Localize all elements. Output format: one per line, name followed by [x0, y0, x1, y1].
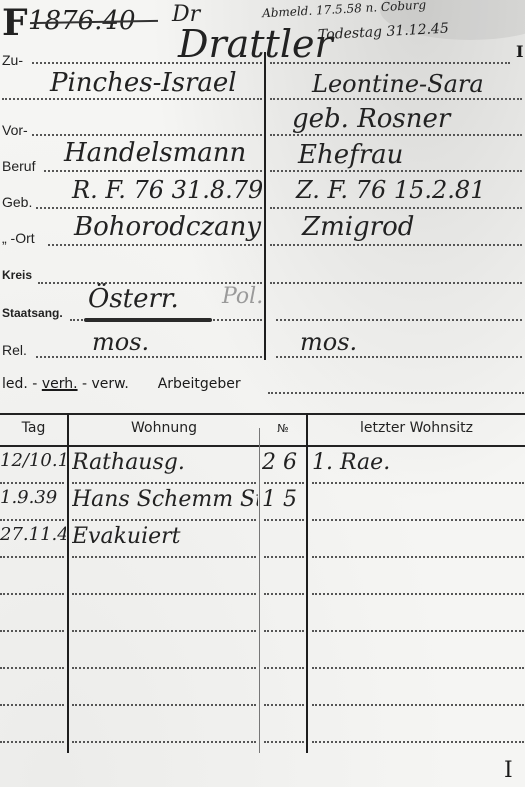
cell-number: 2 6 — [262, 450, 304, 475]
row-dotted-line — [0, 593, 64, 595]
wife-birthplace: Zmigrod — [302, 212, 414, 242]
line-given-2-right — [270, 134, 522, 136]
header-previous-residence: letzter Wohnsitz — [308, 420, 525, 436]
row-dotted-line — [72, 704, 256, 706]
corner-mark-bottom: I — [504, 758, 513, 783]
cell-number: 1 5 — [262, 487, 304, 512]
label-birth: Geb. — [2, 194, 32, 210]
registration-card: F 1876.40 Dr Drattler Abmeld. 17.5.58 n.… — [0, 0, 525, 787]
line-occupation-right — [270, 170, 522, 172]
line-birth-left — [36, 207, 262, 209]
label-religion: Rel. — [2, 342, 27, 358]
husband-birthplace: Bohorodczany — [74, 212, 261, 242]
row-dotted-line — [264, 704, 304, 706]
line-birthplace-left — [48, 244, 262, 246]
row-dotted-line — [0, 519, 64, 521]
wife-religion: mos. — [300, 328, 357, 356]
husband-given-name: Pinches-Israel — [50, 68, 237, 98]
line-citizenship-right — [276, 319, 522, 321]
line-religion-right — [276, 356, 522, 358]
corner-mark-top: I — [516, 42, 523, 61]
row-dotted-line — [264, 482, 304, 484]
label-citizenship: Staatsang. — [2, 306, 63, 320]
wife-birth: Z. F. 76 15.2.81 — [296, 176, 485, 204]
cell-date: 12/10.11 — [0, 450, 66, 471]
table-divider-number — [259, 428, 260, 753]
citizenship-pencil-note: Pol. — [222, 284, 263, 309]
row-dotted-line — [72, 519, 256, 521]
form-marker: F — [2, 2, 28, 44]
row-dotted-line — [312, 704, 524, 706]
cell-address: Hans Schemm Str. — [72, 487, 258, 512]
wife-maiden-name: geb. Rosner — [292, 104, 450, 134]
row-dotted-line — [264, 556, 304, 558]
marital-option-single: led. — [2, 376, 28, 392]
marital-status-row: led. - verh. - verw. Arbeitgeber — [2, 376, 241, 392]
label-given-name: Vor- — [2, 122, 28, 138]
citizenship-underline — [84, 318, 212, 322]
husband-citizenship: Österr. — [88, 284, 179, 314]
line-birth-right — [270, 207, 522, 209]
cell-address: Evakuiert — [72, 524, 258, 549]
header-date: Tag — [0, 420, 67, 436]
row-dotted-line — [0, 741, 64, 743]
row-dotted-line — [72, 667, 256, 669]
line-employer — [268, 392, 524, 394]
row-dotted-line — [0, 704, 64, 706]
line-given-1-right — [270, 98, 522, 100]
line-surname-left — [32, 62, 262, 64]
column-divider — [264, 52, 266, 360]
cell-date: 27.11.41 — [0, 524, 66, 545]
header-number: № — [260, 422, 306, 435]
line-birthplace-right — [270, 244, 522, 246]
label-district: Kreis — [2, 268, 32, 282]
header-residence: Wohnung — [69, 420, 259, 436]
line-district-right — [270, 282, 522, 284]
row-dotted-line — [264, 741, 304, 743]
wife-given-name: Leontine-Sara — [312, 70, 484, 98]
husband-birth: R. F. 76 31.8.79 — [72, 176, 263, 204]
row-dotted-line — [312, 556, 524, 558]
surname-value: Drattler — [178, 22, 333, 66]
label-occupation: Beruf — [2, 158, 35, 174]
table-header-rule — [0, 445, 525, 447]
row-dotted-line — [312, 519, 524, 521]
row-dotted-line — [0, 482, 64, 484]
row-dotted-line — [0, 630, 64, 632]
row-dotted-line — [72, 556, 256, 558]
row-dotted-line — [72, 593, 256, 595]
row-dotted-line — [264, 519, 304, 521]
table-top-rule — [0, 413, 525, 415]
husband-occupation: Handelsmann — [64, 138, 246, 168]
line-occupation-left — [44, 170, 262, 172]
annotation-line-2: Todestag 31.12.45 — [318, 21, 450, 44]
row-dotted-line — [312, 630, 524, 632]
row-dotted-line — [264, 593, 304, 595]
cell-previous: 1. Rae. — [312, 450, 522, 475]
row-dotted-line — [312, 741, 524, 743]
cell-date: 1.9.39 — [0, 487, 66, 508]
table-divider-date — [67, 413, 69, 753]
row-dotted-line — [72, 630, 256, 632]
line-surname-right — [270, 62, 510, 64]
row-dotted-line — [264, 630, 304, 632]
cell-address: Rathausg. — [72, 450, 258, 475]
row-dotted-line — [312, 593, 524, 595]
row-dotted-line — [72, 741, 256, 743]
label-birthplace: „ -Ort — [2, 230, 35, 246]
row-dotted-line — [0, 556, 64, 558]
line-given-1-left — [2, 98, 262, 100]
husband-religion: mos. — [92, 328, 149, 356]
label-employer: Arbeitgeber — [158, 376, 241, 392]
line-given-2-left — [32, 134, 262, 136]
marital-option-married-selected: verh. — [42, 376, 78, 392]
table-divider-address — [306, 413, 308, 753]
marital-option-widowed: verw. — [92, 376, 129, 392]
row-dotted-line — [0, 667, 64, 669]
row-dotted-line — [264, 667, 304, 669]
row-dotted-line — [312, 667, 524, 669]
row-dotted-line — [312, 482, 524, 484]
row-dotted-line — [72, 482, 256, 484]
label-surname: Zu- — [2, 52, 23, 68]
line-religion-left — [36, 356, 262, 358]
wife-occupation: Ehefrau — [298, 140, 403, 170]
